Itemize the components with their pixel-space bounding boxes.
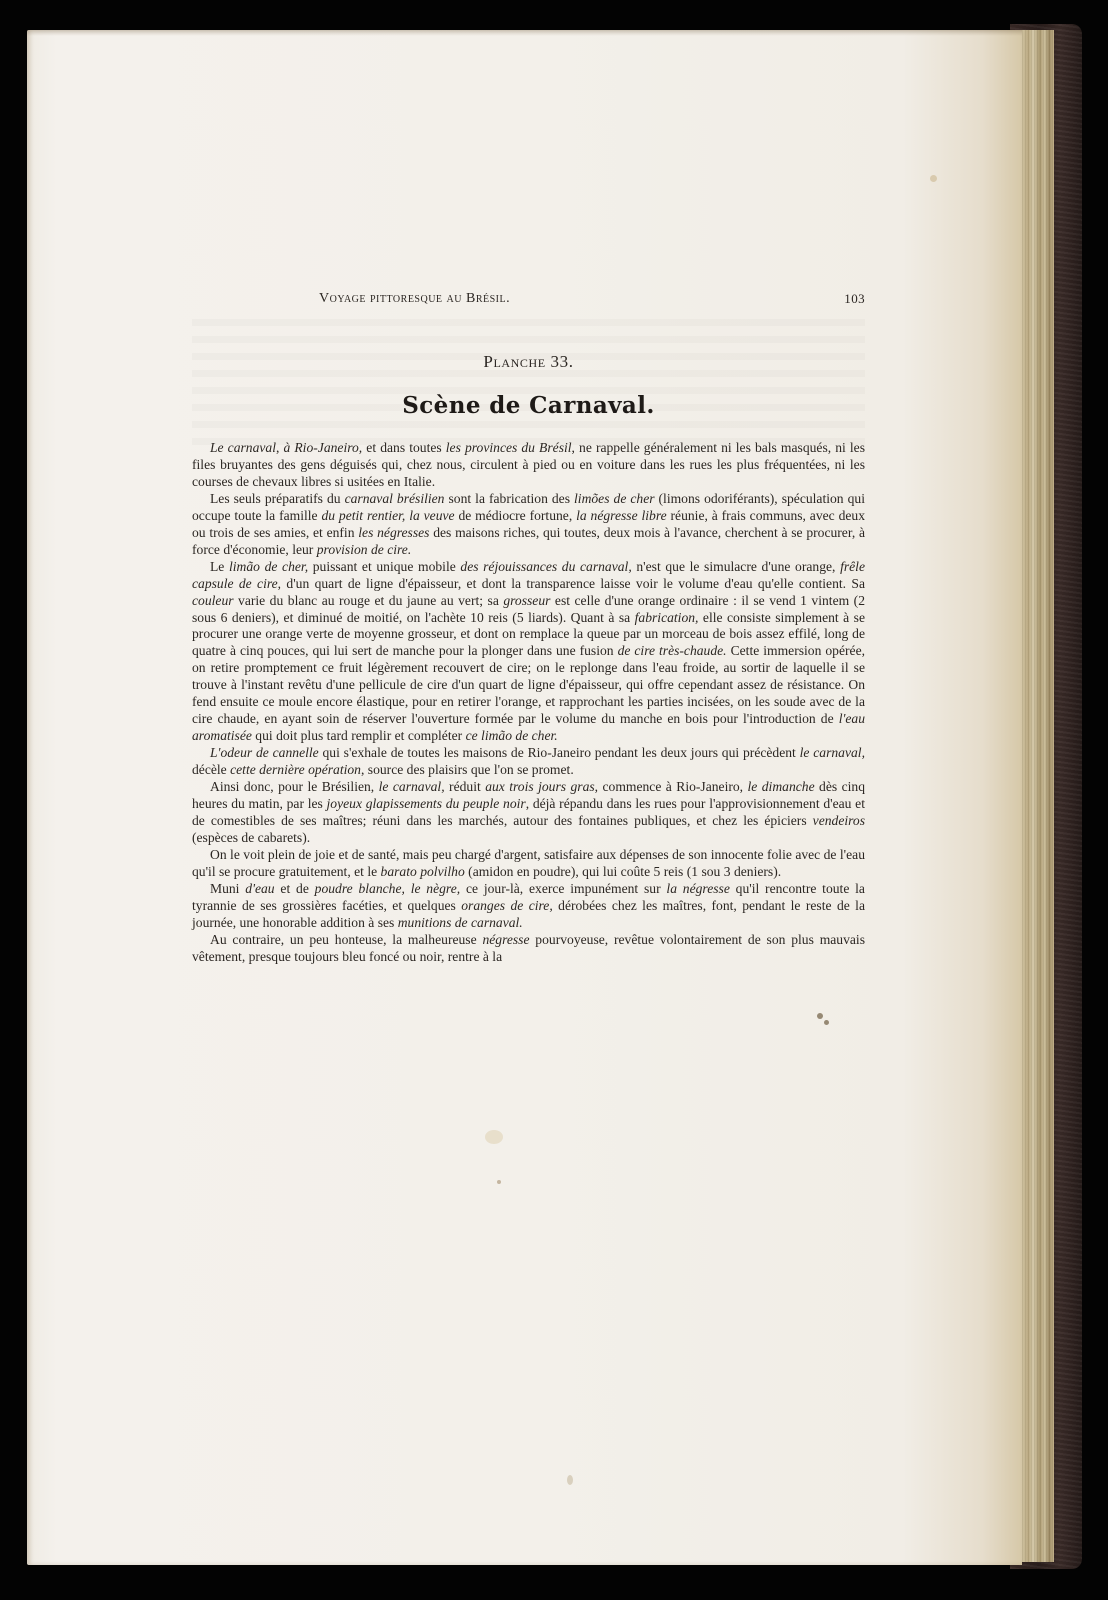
paragraph: Le limão de cher, puissant et unique mob… (192, 559, 865, 745)
italic-run: le dimanche (748, 779, 815, 794)
italic-run: grosseur (503, 593, 550, 608)
foxing-spot (485, 1130, 503, 1144)
italic-run: du petit rentier, la veuve (321, 508, 454, 523)
page-number: 103 (844, 291, 865, 307)
paragraph: Ainsi donc, pour le Brésilien, le carnav… (192, 779, 865, 847)
text-run: qui doit plus tard remplir et compléter (252, 728, 466, 743)
section-title: Scène de Carnaval. (192, 392, 865, 424)
italic-run: cette dernière opération (230, 762, 361, 777)
italic-run: de cire très-chaude. (618, 643, 727, 658)
foxing-spot (817, 1013, 823, 1019)
italic-run: le carnaval, (800, 745, 865, 760)
text-run: n'est que le simulacre d'une orange, (632, 559, 840, 574)
paragraph: Au contraire, un peu honteuse, la malheu… (192, 932, 865, 966)
text-run: Ainsi donc, pour le Brésilien, (210, 779, 379, 794)
italic-run: poudre blanche, le nègre, (315, 881, 461, 896)
italic-run: couleur (192, 593, 234, 608)
text-run: ce jour-là, exerce impunément sur (460, 881, 666, 896)
text-block: Voyage pittoresque au Brésil. 103 Planch… (192, 288, 865, 966)
foxing-spot (824, 1020, 829, 1025)
italic-run: d'eau (245, 881, 274, 896)
italic-run: joyeux glapissements du peuple noir (327, 796, 526, 811)
text-run: réduit (445, 779, 486, 794)
italic-run: carnaval brésilien (345, 491, 445, 506)
italic-run: la négresse (666, 881, 729, 896)
italic-run: fabrication, (635, 610, 699, 625)
text-run: , source des plaisirs que l'on se promet… (361, 762, 574, 777)
text-run: Muni (210, 881, 245, 896)
italic-run: Le carnaval (210, 440, 276, 455)
body-text: Le carnaval, à Rio-Janeiro, et dans tout… (192, 440, 865, 966)
running-head-title: Voyage pittoresque au Brésil. (319, 291, 510, 307)
italic-run: provision de cire. (317, 542, 412, 557)
text-run: décèle (192, 762, 230, 777)
italic-run: oranges de cire, (461, 898, 552, 913)
text-run: qui s'exhale de toutes les maisons de Ri… (319, 745, 800, 760)
text-run: et de (275, 881, 315, 896)
text-run: , d'un quart de ligne d'épaisseur, et do… (278, 576, 865, 591)
italic-run: négresse (482, 932, 529, 947)
running-head: Voyage pittoresque au Brésil. 103 (192, 288, 865, 310)
italic-run: vendeiros (813, 813, 865, 828)
plate-label: Planche 33. (192, 352, 865, 374)
foxing-spot (497, 1180, 501, 1184)
foxing-spot (567, 1475, 573, 1485)
italic-run: la négresse libre (576, 508, 667, 523)
paragraph: Les seuls préparatifs du carnaval brésil… (192, 491, 865, 559)
italic-run: limão de cher, (229, 559, 308, 574)
paragraph: L'odeur de cannelle qui s'exhale de tout… (192, 745, 865, 779)
italic-run: les provinces du Brésil (446, 440, 572, 455)
foxing-spot (930, 175, 937, 182)
paragraph: On le voit plein de joie et de santé, ma… (192, 847, 865, 881)
paragraph: Muni d'eau et de poudre blanche, le nègr… (192, 881, 865, 932)
italic-run: à Rio-Janeiro, (284, 440, 363, 455)
text-run: puissant et unique mobile (308, 559, 460, 574)
book-scan: Voyage pittoresque au Brésil. 103 Planch… (0, 0, 1108, 1600)
italic-run: limões de cher (574, 491, 655, 506)
text-run: sont la fabrication des (444, 491, 574, 506)
italic-run: L'odeur de cannelle (210, 745, 319, 760)
text-run: de médiocre fortune, (455, 508, 577, 523)
italic-run: ce limão de cher. (466, 728, 558, 743)
italic-run: le carnaval, (379, 779, 445, 794)
italic-run: munitions de carnaval. (398, 915, 523, 930)
italic-run: les négresses (358, 525, 429, 540)
text-run: Les seuls préparatifs du (210, 491, 345, 506)
text-run: (espèces de cabarets). (192, 830, 310, 845)
text-run: , (276, 440, 283, 455)
italic-run: barato polvilho (381, 864, 465, 879)
text-run: et dans toutes (362, 440, 446, 455)
paragraph: Le carnaval, à Rio-Janeiro, et dans tout… (192, 440, 865, 491)
text-run: varie du blanc au rouge et du jaune au v… (234, 593, 504, 608)
text-run: , commence à Rio-Janeiro, (595, 779, 748, 794)
italic-run: des réjouissances du carnaval, (460, 559, 631, 574)
italic-run: aux trois jours gras (485, 779, 594, 794)
text-run: Le (210, 559, 229, 574)
text-run: Au contraire, un peu honteuse, la malheu… (210, 932, 482, 947)
page-edges (1022, 30, 1054, 1562)
text-run: (amidon en poudre), qui lui coûte 5 reis… (465, 864, 781, 879)
